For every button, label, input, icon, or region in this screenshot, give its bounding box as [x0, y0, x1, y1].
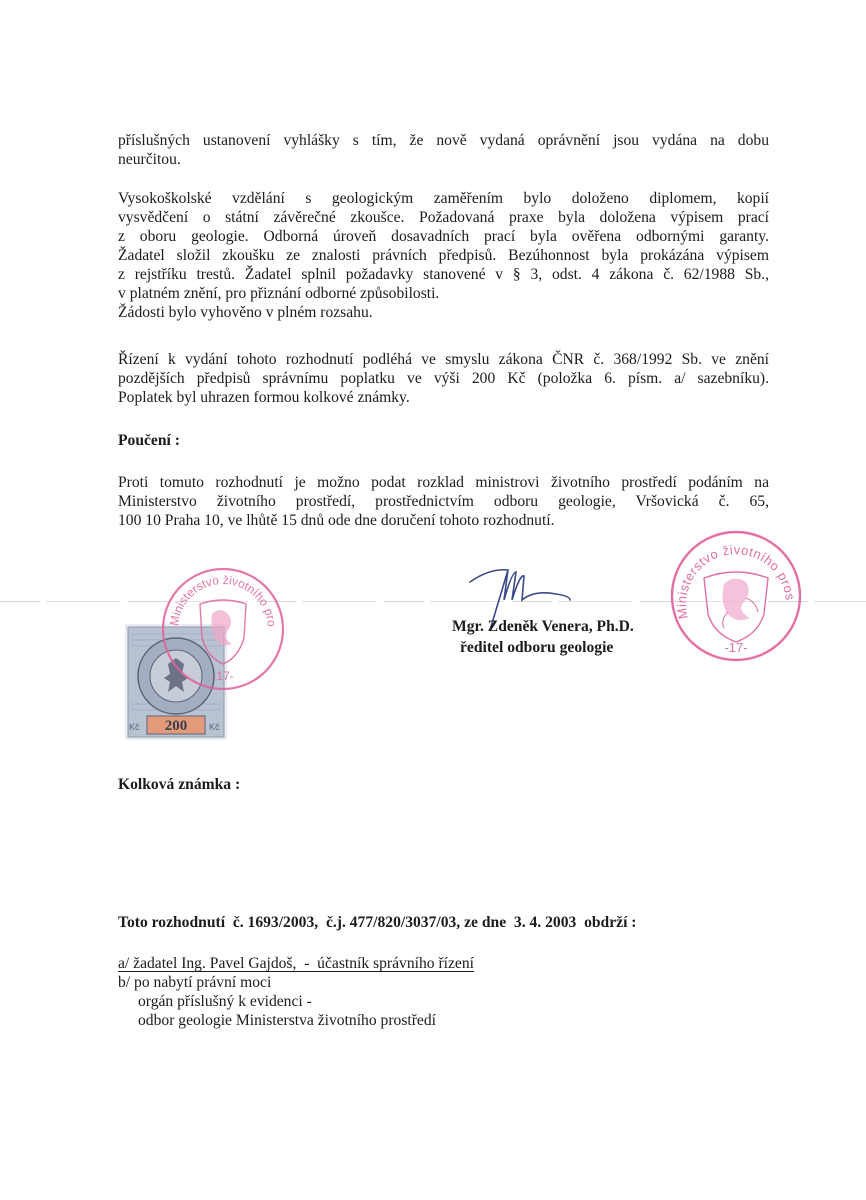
recipient-a: a/ žadatel Ing. Pavel Gajdoš, - účastník… [118, 954, 474, 973]
text-line: vysvědčení o státní závěrečné zkoušce. P… [118, 208, 769, 227]
text-line: příslušných ustanovení vyhlášky s tím, ž… [118, 131, 769, 150]
text-line: neurčitou. [118, 150, 769, 169]
text-line: z oboru geologie. Odborná úroveň dosavad… [118, 227, 769, 246]
instruction-paragraph: Proti tomuto rozhodnutí je možno podat r… [118, 473, 769, 530]
document-page: příslušných ustanovení vyhlášky s tím, ž… [0, 0, 866, 1200]
official-stamp-right: Ministerstvo životního prostředí -17- [668, 528, 804, 664]
svg-text:-17-: -17- [212, 669, 233, 683]
instruction-heading: Poučení : [118, 432, 180, 450]
text-line: Vysokoškolské vzdělání s geologickým zam… [118, 189, 769, 208]
recipient-b-line3: odbor geologie Ministerstva životního pr… [118, 1011, 474, 1030]
fee-paragraph: Řízení k vydání tohoto rozhodnutí podléh… [118, 350, 769, 407]
distribution-heading: Toto rozhodnutí č. 1693/2003, č.j. 477/8… [118, 914, 637, 932]
intro-paragraph: příslušných ustanovení vyhlášky s tím, ž… [118, 131, 769, 169]
official-stamp-left: Ministerstvo životního prostředí -17- [160, 566, 286, 692]
revenue-stamp-heading: Kolková známka : [118, 776, 240, 794]
stamp-value: 200 [165, 718, 188, 734]
text-line: Řízení k vydání tohoto rozhodnutí podléh… [118, 350, 769, 369]
signature-block: Mgr. Zdeněk Venera, Ph.D. ředitel odboru… [452, 616, 634, 658]
recipient-b-line2: orgán příslušný k evidenci - [118, 992, 474, 1011]
svg-text:Kč: Kč [129, 722, 140, 732]
text-line: Žádosti bylo vyhověno v plném rozsahu. [118, 303, 769, 322]
text-line: pozdějších předpisů správnímu poplatku v… [118, 369, 769, 388]
recipients-list: a/ žadatel Ing. Pavel Gajdoš, - účastník… [118, 954, 474, 1030]
text-line: Žadatel složil zkoušku ze znalosti právn… [118, 246, 769, 265]
education-paragraph: Vysokoškolské vzdělání s geologickým zam… [118, 189, 769, 322]
recipient-b: b/ po nabytí právní moci [118, 973, 474, 992]
signatory-name: Mgr. Zdeněk Venera, Ph.D. [452, 616, 634, 637]
text-line: Proti tomuto rozhodnutí je možno podat r… [118, 473, 769, 492]
text-line: v platném znění, pro přiznání odborné zp… [118, 284, 769, 303]
text-line: z rejstříku trestů. Žadatel splnil požad… [118, 265, 769, 284]
svg-text:Kč: Kč [209, 722, 220, 732]
text-line: Ministerstvo životního prostředí, prostř… [118, 492, 769, 511]
svg-text:-17-: -17- [724, 640, 747, 655]
signatory-title: ředitel odboru geologie [452, 637, 634, 658]
text-line: Poplatek byl uhrazen formou kolkové znám… [118, 388, 769, 407]
